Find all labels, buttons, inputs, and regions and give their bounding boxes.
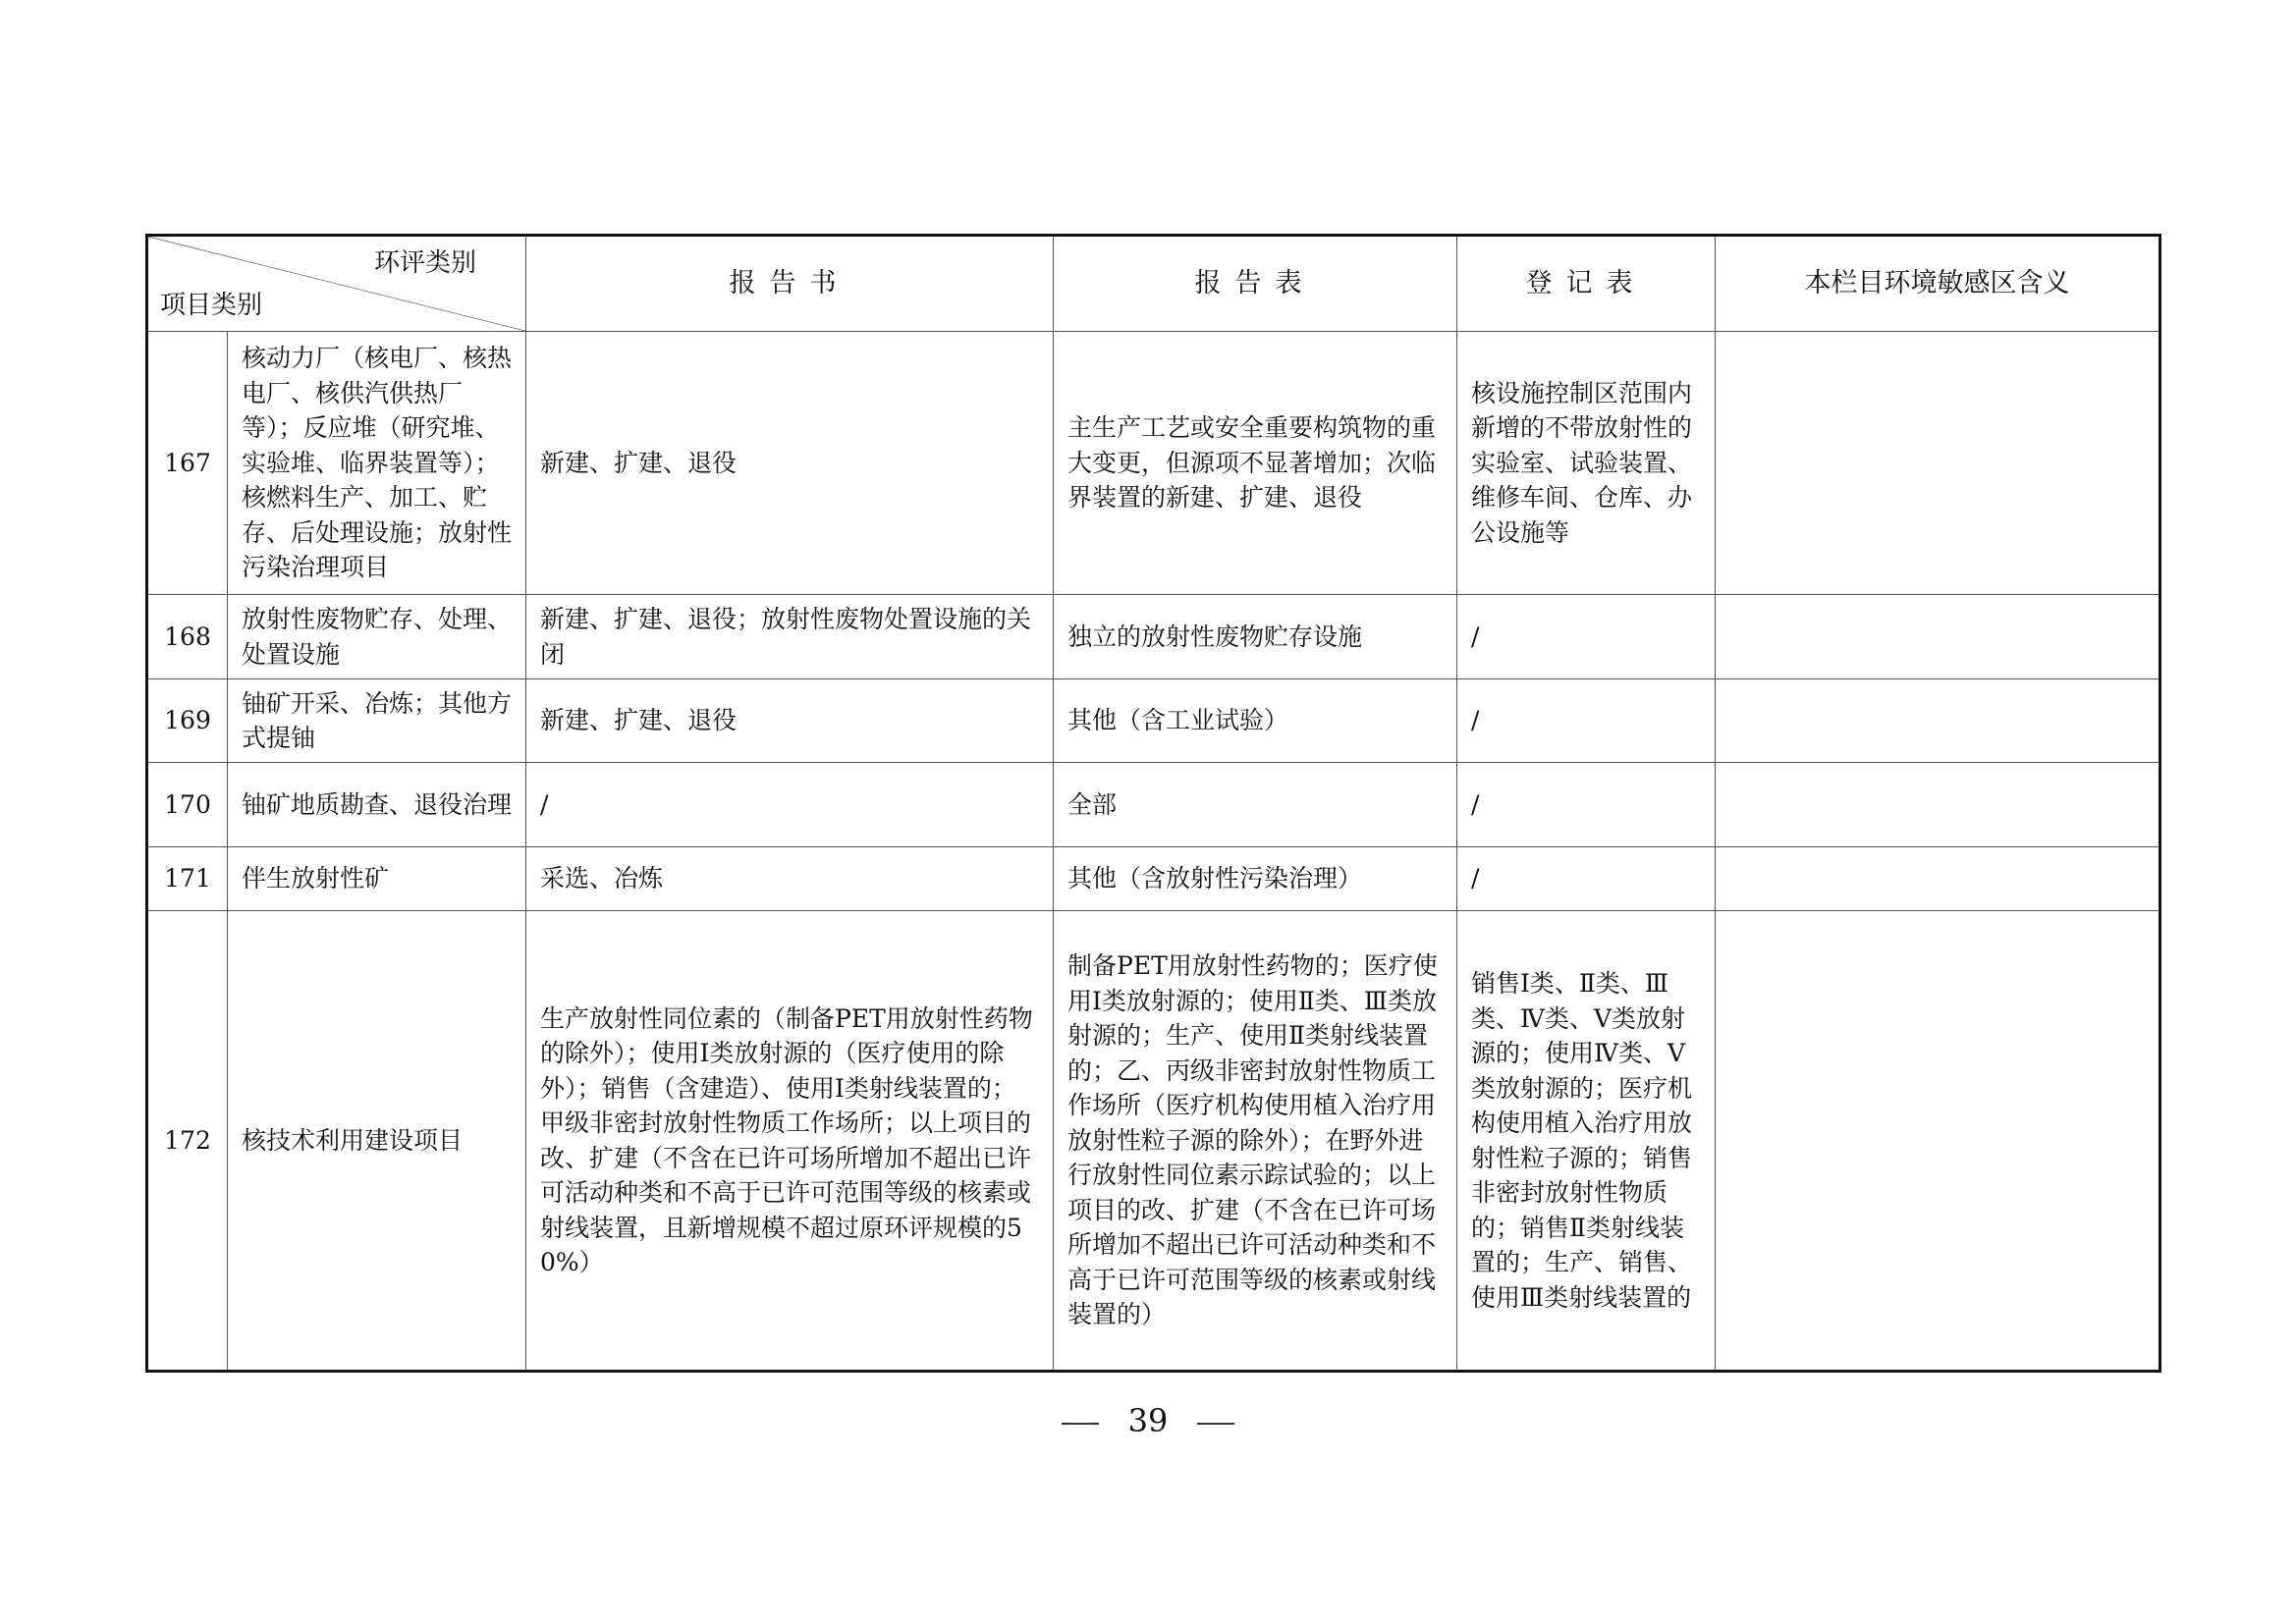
registration-form-cell: 核设施控制区范围内新增的不带放射性的实验室、试验装置、维修车间、仓库、办公设施等 [1457,332,1716,595]
project-category-cell: 核动力厂（核电厂、核热电厂、核供汽供热厂等）；反应堆（研究堆、实验堆、临界装置等… [228,332,526,595]
page-footer: 39 [0,1402,2296,1439]
table-header-row: 环评类别 项目类别 报告书 报告表 登记表 本栏目环境敏感区含义 [147,236,2160,332]
project-category-cell: 铀矿开采、冶炼；其他方式提铀 [228,679,526,763]
row-number: 170 [147,763,228,847]
header-project-category: 项目类别 [160,289,262,324]
table-row: 168 放射性废物贮存、处理、处置设施 新建、扩建、退役；放射性废物处置设施的关… [147,595,2160,679]
report-form-cell: 其他（含工业试验） [1054,679,1457,763]
table-row: 169 铀矿开采、冶炼；其他方式提铀 新建、扩建、退役 其他（含工业试验） / [147,679,2160,763]
footer-dash-right [1197,1423,1234,1425]
report-form-cell: 其他（含放射性污染治理） [1054,847,1457,911]
report-form-cell: 全部 [1054,763,1457,847]
header-report-book: 报告书 [526,236,1054,332]
project-category-cell: 伴生放射性矿 [228,847,526,911]
header-registration-form: 登记表 [1457,236,1716,332]
report-book-cell: / [526,763,1054,847]
sensitive-area-cell [1716,763,2160,847]
table-row: 170 铀矿地质勘查、退役治理 / 全部 / [147,763,2160,847]
project-category-cell: 放射性废物贮存、处理、处置设施 [228,595,526,679]
registration-form-cell: / [1457,595,1716,679]
footer-dash-left [1062,1423,1099,1425]
report-form-cell: 独立的放射性废物贮存设施 [1054,595,1457,679]
report-book-cell: 采选、冶炼 [526,847,1054,911]
report-form-cell: 制备PET用放射性药物的；医疗使用Ⅰ类放射源的；使用Ⅱ类、Ⅲ类放射源的；生产、使… [1054,911,1457,1372]
environmental-assessment-category-table: 环评类别 项目类别 报告书 报告表 登记表 本栏目环境敏感区含义 167 核动力… [145,234,2161,1373]
row-number: 171 [147,847,228,911]
report-book-cell: 新建、扩建、退役 [526,332,1054,595]
report-book-cell: 新建、扩建、退役；放射性废物处置设施的关闭 [526,595,1054,679]
header-assessment-category: 环评类别 [374,246,476,282]
header-sensitive-area-meaning: 本栏目环境敏感区含义 [1716,236,2160,332]
sensitive-area-cell [1716,847,2160,911]
project-category-cell: 核技术利用建设项目 [228,911,526,1372]
header-report-form: 报告表 [1054,236,1457,332]
row-number: 168 [147,595,228,679]
project-category-cell: 铀矿地质勘查、退役治理 [228,763,526,847]
sensitive-area-cell [1716,332,2160,595]
sensitive-area-cell [1716,595,2160,679]
table-row: 167 核动力厂（核电厂、核热电厂、核供汽供热厂等）；反应堆（研究堆、实验堆、临… [147,332,2160,595]
report-book-cell: 新建、扩建、退役 [526,679,1054,763]
row-number: 172 [147,911,228,1372]
diagonal-header-cell: 环评类别 项目类别 [147,236,526,332]
report-form-cell: 主生产工艺或安全重要构筑物的重大变更，但源项不显著增加；次临界装置的新建、扩建、… [1054,332,1457,595]
report-book-cell: 生产放射性同位素的（制备PET用放射性药物的除外）；使用I类放射源的（医疗使用的… [526,911,1054,1372]
table-row: 172 核技术利用建设项目 生产放射性同位素的（制备PET用放射性药物的除外）；… [147,911,2160,1372]
page-number: 39 [1128,1402,1169,1439]
table-row: 171 伴生放射性矿 采选、冶炼 其他（含放射性污染治理） / [147,847,2160,911]
sensitive-area-cell [1716,911,2160,1372]
registration-form-cell: 销售Ⅰ类、Ⅱ类、Ⅲ类、Ⅳ类、Ⅴ类放射源的；使用Ⅳ类、Ⅴ类放射源的；医疗机构使用植… [1457,911,1716,1372]
sensitive-area-cell [1716,679,2160,763]
row-number: 169 [147,679,228,763]
row-number: 167 [147,332,228,595]
registration-form-cell: / [1457,847,1716,911]
registration-form-cell: / [1457,679,1716,763]
registration-form-cell: / [1457,763,1716,847]
